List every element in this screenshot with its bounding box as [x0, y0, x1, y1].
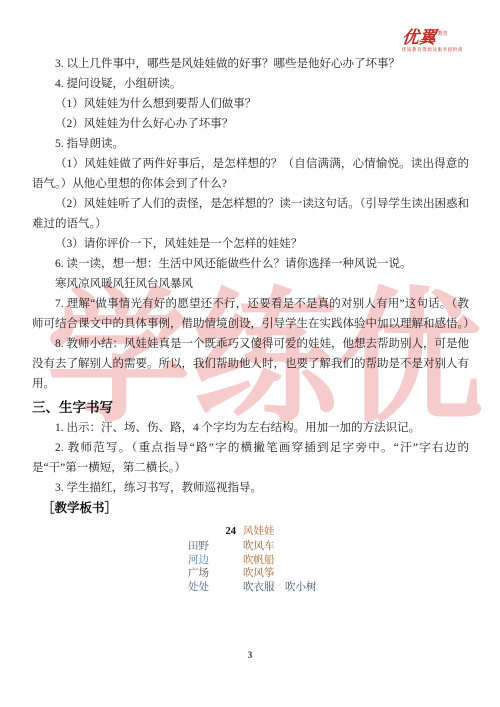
blackboard-design: 24 风娃娃 田野 吹风车 河边 吹帆船 广场 吹风筝 处处 吹衣服 吹小树 [188, 524, 469, 594]
paragraph: 1. 出示：汗、场、伤、路，4 个字均为左右结构。用加一加的方法识记。 [32, 418, 469, 438]
board-title-row: 24 风娃娃 [188, 524, 469, 540]
paragraph: （2）风娃娃听了人们的责怪，是怎样想的？读一读这句话。（引导学生读出困惑和难过的… [32, 194, 469, 234]
board-right-item: 吹帆船 [243, 554, 275, 568]
section-heading-character-writing: 三、生字书写 [32, 398, 469, 418]
paragraph: 8. 教师小结：风娃娃真是一个既乖巧又傻得可爱的娃娃，他想去帮助别人，可是他没有… [32, 334, 469, 394]
board-left-item: 处处 [188, 581, 243, 595]
board-right-item: 吹风筝 [243, 567, 275, 581]
paragraph: 4. 提问设疑，小组研读。 [32, 74, 469, 94]
paragraph: 7. 理解“做事情光有好的愿望还不行，还要看是不是真的对别人有用”这句话。（教师… [32, 294, 469, 334]
document-body: 3. 以上几件事中，哪些是风娃娃做的好事？哪些是他好心办了坏事？ 4. 提问设疑… [32, 0, 469, 594]
lesson-plan-page: 学练优 优翼 教育 优质教育资源及服务提供商 3. 以上几件事中，哪些是风娃娃做… [0, 0, 500, 707]
paragraph: 2. 教师范写。（重点指导“路”字的横撇笔画穿插到足字旁中。“汗”字右边的是“干… [32, 438, 469, 478]
board-right-item: 吹风车 [243, 540, 275, 554]
board-writing-heading: ［教学板书］ [32, 498, 469, 518]
brand-logo-tagline: 优质教育资源及服务提供商 [402, 48, 463, 53]
board-row: 河边 吹帆船 [188, 554, 469, 568]
paragraph: 3. 以上几件事中，哪些是风娃娃做的好事？哪些是他好心办了坏事？ [32, 54, 469, 74]
paragraph: （2）风娃娃为什么好心办了坏事？ [32, 114, 469, 134]
page-number: 3 [0, 650, 500, 660]
paragraph: 3. 学生描红，练习书写，教师巡视指导。 [32, 478, 469, 498]
brand-logo-subtext: 教育 [438, 31, 448, 37]
paragraph: （1）风娃娃为什么想到要帮人们做事？ [32, 94, 469, 114]
board-right-item: 吹衣服 吹小树 [243, 581, 317, 595]
brand-logo-main: 优翼 教育 [402, 29, 463, 46]
lesson-title: 风娃娃 [243, 524, 275, 540]
board-row: 处处 吹衣服 吹小树 [188, 581, 469, 595]
board-row: 广场 吹风筝 [188, 567, 469, 581]
board-left-item: 田野 [188, 540, 243, 554]
paragraph: 5. 指导朗读。 [32, 134, 469, 154]
paragraph: 6. 读一读，想一想：生活中风还能做些什么？请你选择一种风说一说。 [32, 254, 469, 274]
paragraph: （3）请你评价一下，风娃娃是一个怎样的娃娃？ [32, 234, 469, 254]
board-row: 田野 吹风车 [188, 540, 469, 554]
brand-logo-wordmark: 优翼 [401, 29, 437, 46]
brand-logo: 优翼 教育 优质教育资源及服务提供商 [402, 29, 463, 53]
board-left-item: 河边 [188, 554, 243, 568]
paragraph: （1）风娃娃做了两件好事后，是怎样想的？（自信满满，心情愉悦。读出得意的语气。）… [32, 154, 469, 194]
board-left-item: 广场 [188, 567, 243, 581]
paragraph: 寒风凉风暖风狂风台风暴风 [32, 274, 469, 294]
lesson-number: 24 [188, 524, 243, 540]
